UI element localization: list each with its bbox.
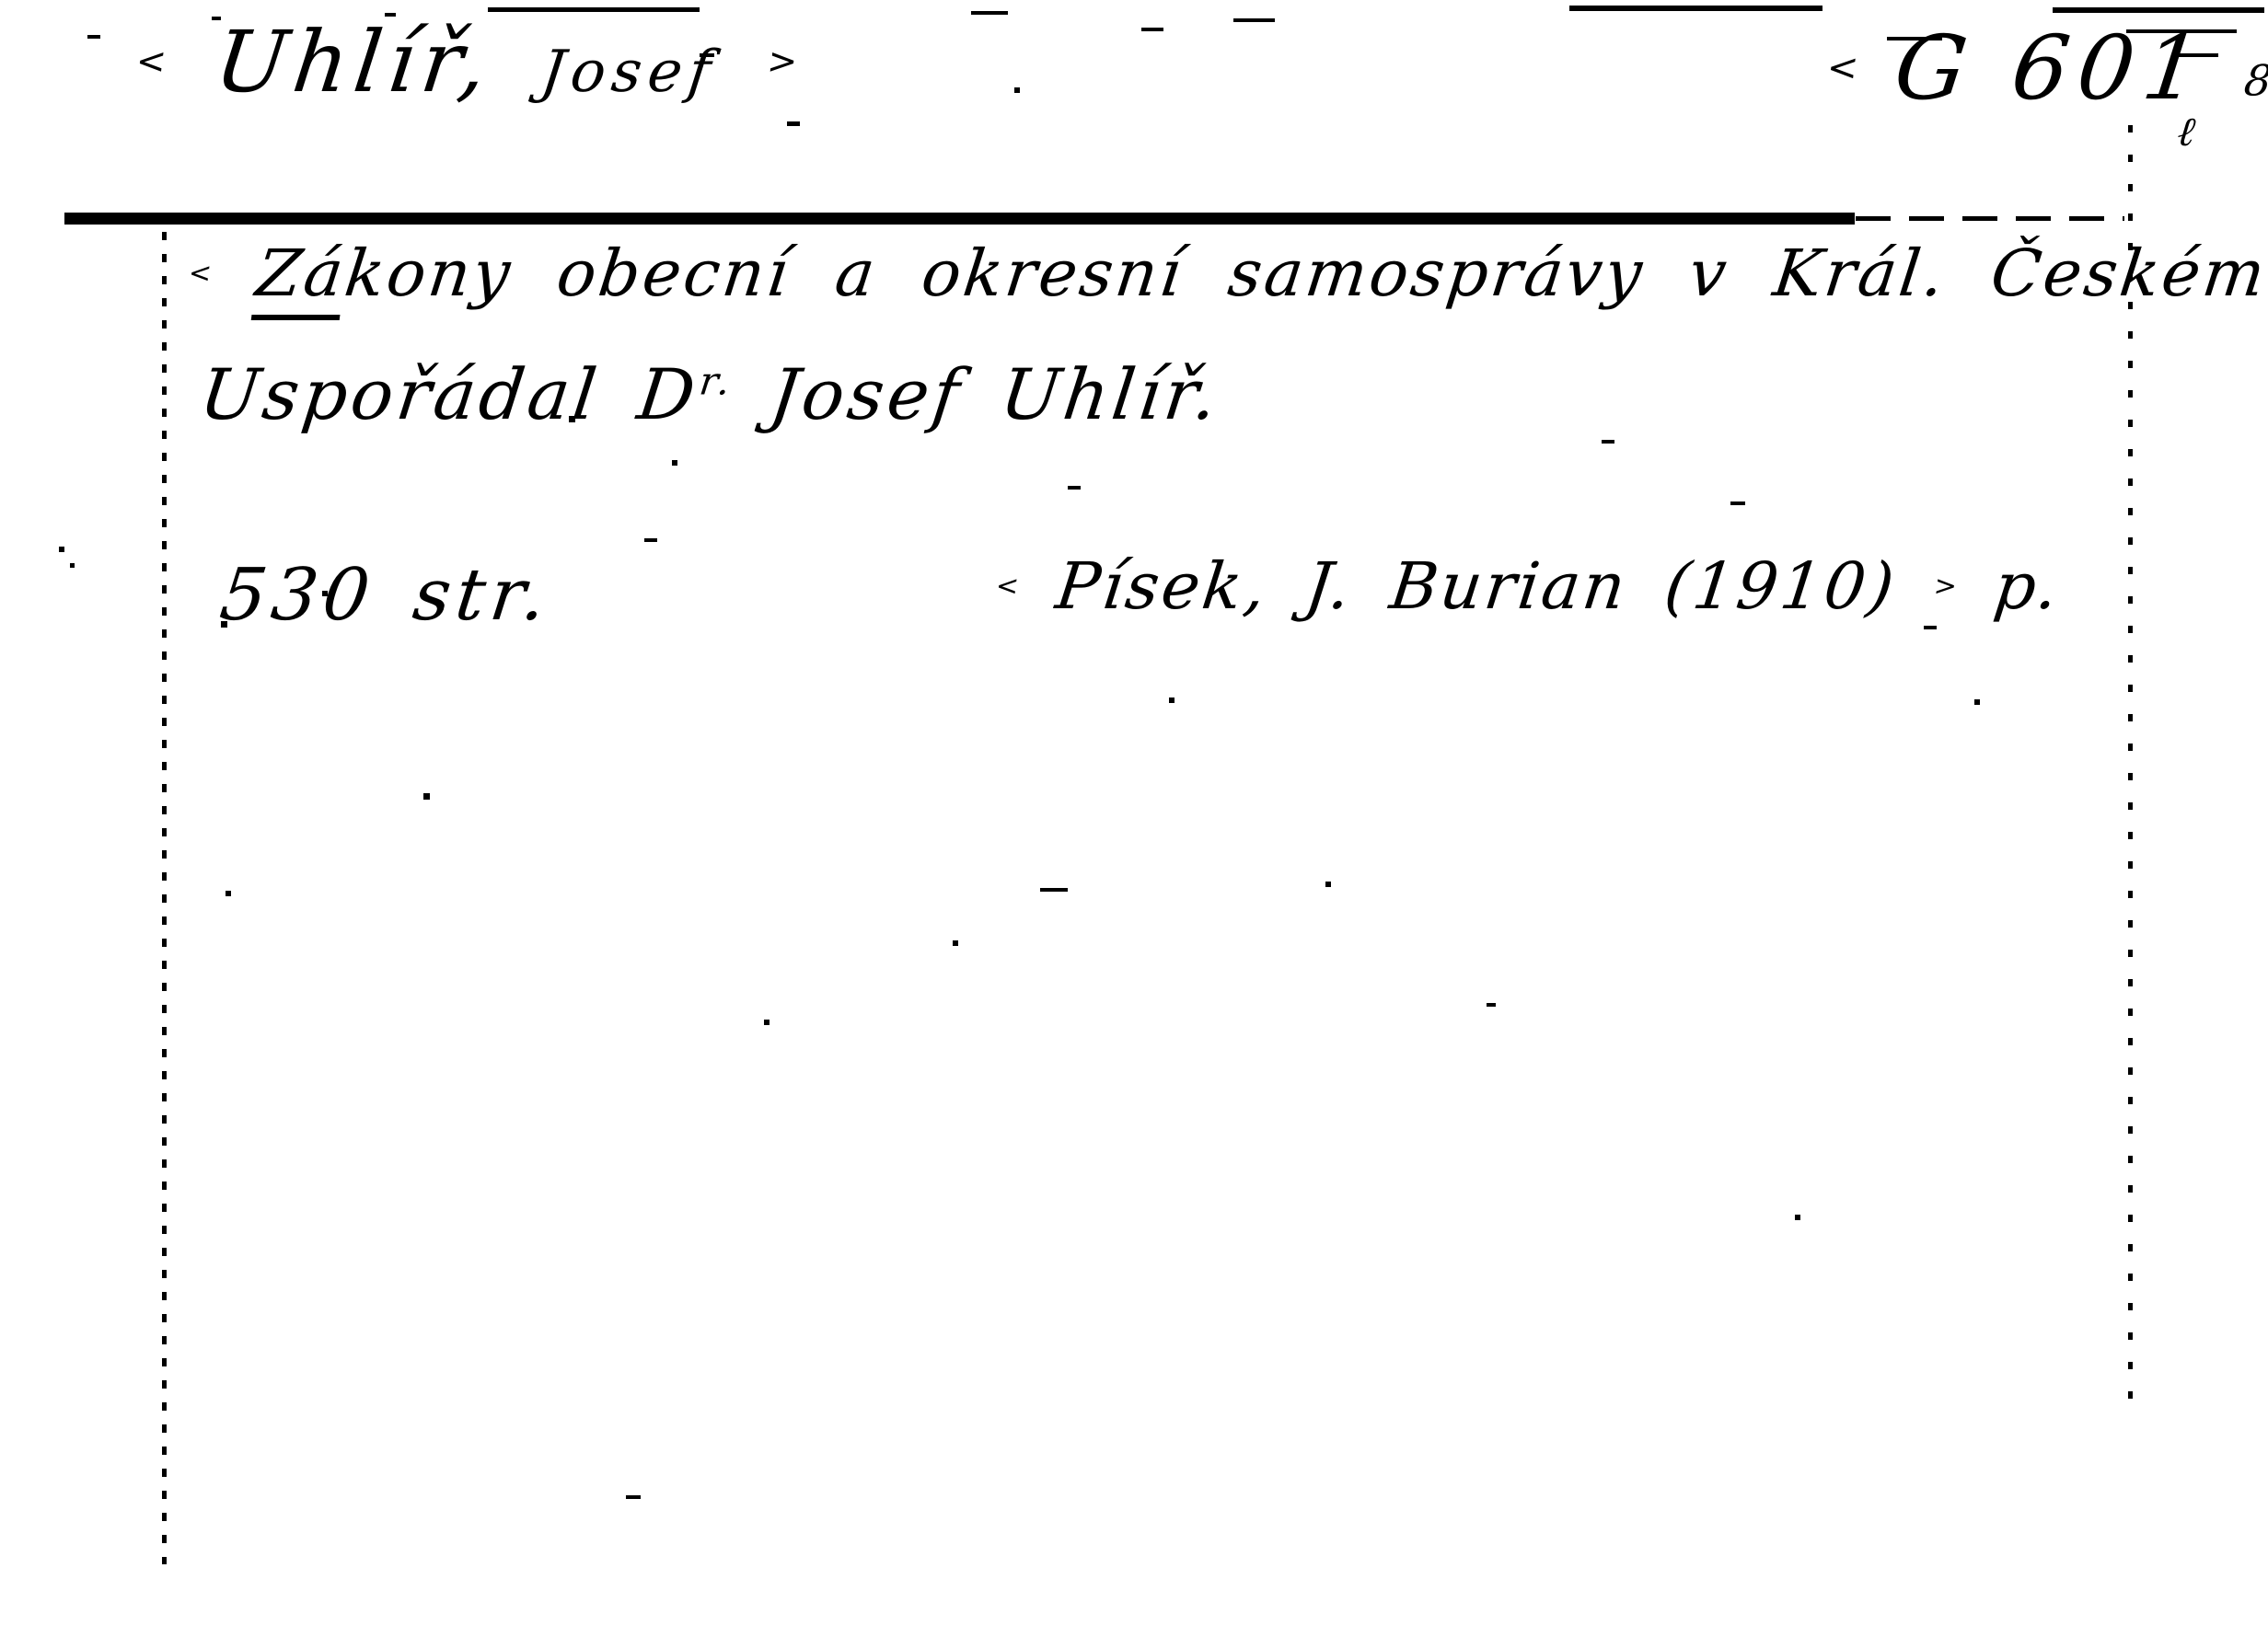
- statement-prefix: Uspořádal D: [196, 353, 703, 435]
- statement-rest: Josef Uhlíř.: [727, 353, 1225, 435]
- imprint-line: < Písek, J. Burian (1910) > p.: [991, 548, 2063, 624]
- collation-pages: 530 str.: [215, 554, 556, 637]
- noise-speck: [70, 563, 75, 568]
- noise-speck: [1730, 501, 1745, 505]
- noise-speck: [626, 1495, 641, 1499]
- scan-edge-artifact: [1141, 28, 1163, 31]
- cataloger-open-mark: <: [133, 41, 168, 83]
- noise-speck: [221, 621, 227, 628]
- shelfmark: G 601: [1889, 17, 2215, 120]
- noise-speck: [1487, 1003, 1496, 1007]
- title-filing-letters: Zá: [251, 236, 351, 320]
- statement-of-responsibility: Uspořádal Dr. Josef Uhlíř.: [196, 353, 1225, 435]
- noise-speck: [953, 940, 958, 946]
- noise-speck: [644, 538, 657, 542]
- noise-speck: [226, 891, 231, 896]
- scan-edge-artifact: [2053, 7, 2264, 13]
- noise-speck: [1974, 699, 1980, 705]
- statement-superscript: r.: [697, 359, 736, 404]
- noise-speck: [322, 591, 328, 596]
- right-dotted-border: [2128, 125, 2133, 1417]
- size-mark: 8: [2241, 55, 2268, 105]
- noise-speck: [1014, 87, 1020, 93]
- scan-edge-artifact: [1233, 18, 1275, 22]
- author-heading: < Uhlíř, Josef >: [130, 13, 803, 111]
- noise-speck: [569, 416, 575, 422]
- noise-speck: [1924, 626, 1937, 629]
- title-line: < Zákony obecní a okresní samosprávy v K…: [184, 236, 2268, 311]
- noise-speck: [1068, 486, 1081, 490]
- left-dotted-border: [162, 232, 167, 1564]
- cataloger-open-mark: <: [187, 257, 214, 288]
- imprint-suffix: p.: [1990, 548, 2063, 624]
- noise-speck: [700, 53, 714, 57]
- scan-edge-artifact: [971, 11, 1008, 15]
- noise-speck: [764, 1020, 769, 1025]
- title-text: kony obecní a okresní samosprávy v Král.…: [341, 236, 2268, 311]
- noise-speck: [1602, 440, 1614, 444]
- author-forename: Josef: [538, 38, 721, 105]
- scan-edge-artifact: [87, 35, 100, 39]
- cataloger-close-mark: >: [1932, 570, 1959, 601]
- noise-speck: [59, 547, 64, 552]
- author-surname: Uhlíř,: [210, 13, 499, 111]
- call-number: < G 601 8: [1821, 17, 2268, 120]
- noise-speck: [672, 460, 677, 466]
- noise-speck: [423, 793, 430, 800]
- noise-speck: [787, 121, 800, 126]
- scan-edge-artifact: [488, 7, 700, 12]
- scan-edge-artifact: [1569, 6, 1822, 11]
- noise-speck: [1795, 1215, 1800, 1220]
- catalog-card: < Uhlíř, Josef > < G 601 8 ℓ < Zákony ob…: [0, 0, 2268, 1637]
- noise-speck: [1169, 697, 1174, 703]
- cataloger-open-mark: <: [994, 570, 1021, 601]
- cataloger-open-mark: <: [1824, 46, 1861, 89]
- noise-speck: [1040, 888, 1068, 892]
- header-rule: [64, 213, 1855, 225]
- noise-speck: [1325, 882, 1331, 887]
- header-rule-dashed-end: [1856, 216, 2124, 221]
- cataloger-close-mark: >: [765, 41, 800, 83]
- imprint-text: Písek, J. Burian (1910): [1052, 548, 1901, 624]
